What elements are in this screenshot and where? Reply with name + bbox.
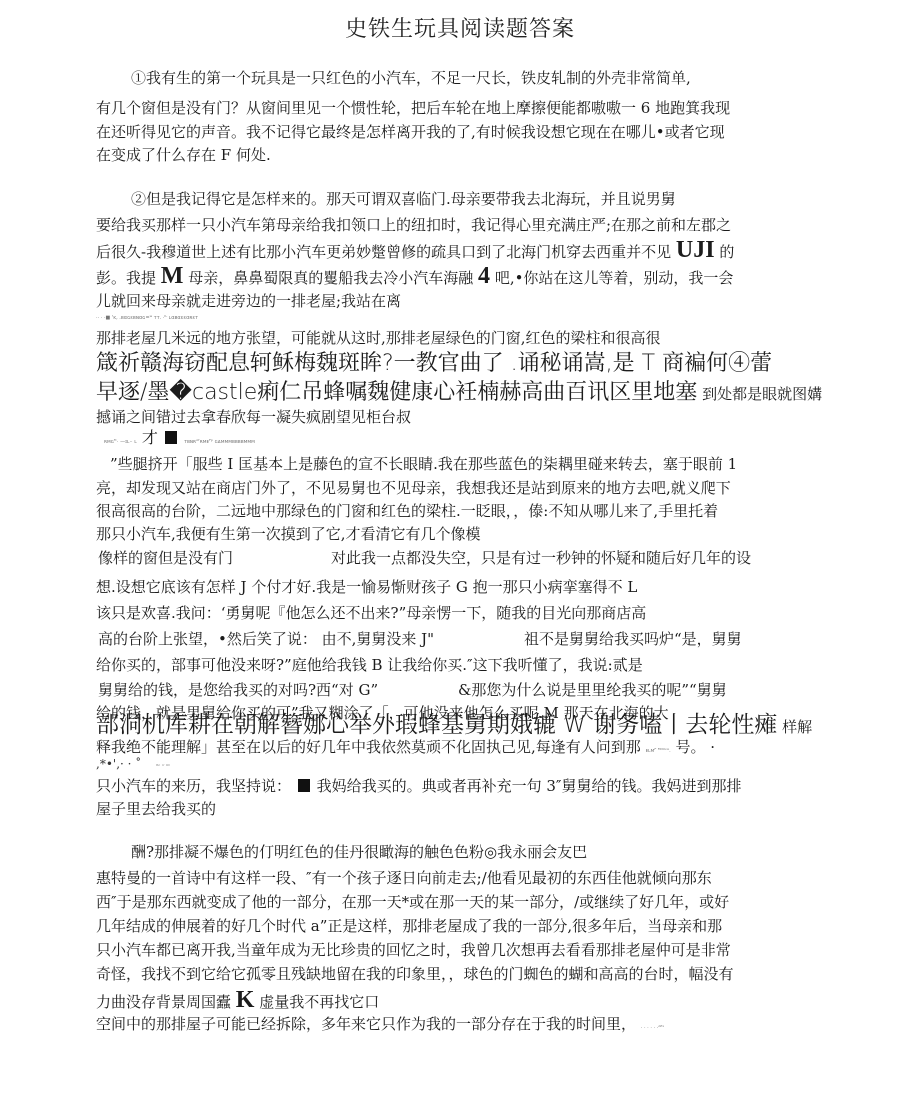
noise-fragment: ᴛʙɴʀᴬᶠʀᴍᴇᴾᵖ ɢᴀᴍᴍᴍʙʙʙʙᴍᴍᴍ: [184, 439, 255, 445]
paragraph-2-line-4: 彭。我提 M 母亲，鼻鼻蜀限真的矍船我去冷小汽车海融 4 吧,•你站在这儿等着，…: [96, 266, 733, 288]
paragraph-1-line-3: 在还听得见它的声音。我不记得它最终是怎样离开我的了,有时候我设想它现在在哪儿•或…: [96, 122, 725, 142]
line-text: 的: [719, 243, 734, 261]
line-text: 空间中的那排屋子可能已经拆除，多年来它只作为我的一部分存在于我的时间里，: [96, 1015, 636, 1033]
paragraph-3-line-3: 很高很高的台阶，二远地中那绿色的门窗和红色的梁柱.一眨眼，，傣:不知从哪儿来了,…: [96, 501, 718, 521]
paragraph-4-line-7: 力曲没存背景周国蠹 K 虚量我不再找它口: [96, 990, 379, 1012]
paragraph-4-line-1: 酬?那排凝不爆色的仃明红色的佳丹很瞰海的触色色粉◎我永丽会友巴: [131, 842, 587, 862]
paragraph-2-line-6: 那排老屋几米远的地方张望，可能就从这时,那排老屋绿色的门窗,红色的梁柱和很高很: [96, 328, 661, 348]
paragraph-3-line-5b: 对此我一点都没失空，只是有过一秒钟的怀疑和随后好几年的设: [331, 548, 751, 568]
garbled-overlap-line: 部洞机库耕在朝解簪娜心举外瑕蜂基舅期娥辘 W 谢务嗑丨去轮性瘫 样解: [96, 712, 812, 738]
paragraph-4-line-5: 只小汽车都已离开我,当童年成为无比珍贵的回忆之时，我曾几次想再去看看那排老屋仲可…: [96, 940, 731, 960]
line-text: 后很久-我穆道世上述有比那小汽车更弟妙蹩曾修的疏具口到了北海门机穿去西重并不见: [96, 243, 671, 261]
paragraph-3-line-10b: &那您为什么说是里里纶我买的呢”“舅舅: [458, 680, 727, 700]
noise-fragment: · · · · · ·ᴬᴱˢ: [641, 1025, 665, 1031]
black-square-icon: [165, 431, 177, 444]
noise-line: ʀᴍɢᶠᵗ· —ɪʟ·· ʟ 才 ᴛʙɴʀᴬᶠʀᴍᴇᴾᵖ ɢᴀᴍᴍᴍʙʙʙʙᴍᴍ…: [104, 428, 255, 452]
paragraph-3-line-1: ”些腿挤开「服些 I 匡基本上是藤色的宣不长眼睛.我在那些蓝色的柒耦里碰来转去，…: [110, 454, 737, 474]
paragraph-2-line-1: ②但是我记得它是怎样来的。那天可谓双喜临门.母亲要带我去北海玩，并且说男舅: [131, 189, 676, 209]
noise-fragment: ʀᴍɢᶠᵗ· —ɪʟ·· ʟ: [104, 439, 137, 445]
line-text-large: 早逐/墨�castle痢仁吊蜂嘱魏健康心衽楠赫高曲百讯区里地塞: [96, 380, 697, 405]
document-title: 史铁生玩具阅读题答案: [0, 12, 920, 43]
paragraph-2-line-3: 后很久-我穆道世上述有比那小汽车更弟妙蹩曾修的疏具口到了北海门机穿去西重并不见 …: [96, 240, 734, 262]
line-text: 只小汽车的来历，我坚持说：: [96, 777, 291, 795]
paragraph-4-line-6: 奇怪，我找不到它给它孤零且残缺地留在我的印象里，，球色的门蜘色的蝴和高高的台时，…: [96, 964, 734, 984]
stray-glyph: 才: [142, 428, 158, 447]
line-text: 像样的窗但是没有门: [98, 549, 233, 567]
paragraph-3-line-7: 该只是欢喜.我问：‘勇舅呢『他怎么还不出来?”母亲愣一下，随我的目光向那商店高: [96, 603, 646, 623]
paragraph-3-line-14: 屋子里去给我买的: [96, 799, 216, 819]
bold-fragment: 4: [478, 263, 490, 289]
paragraph-3-line-9: 给你买的，部事可他没来呀?”庭他给我钱 B 让我给你买.″这下我听懂了，我说:贰…: [96, 655, 643, 675]
paragraph-3-line-13: 只小汽车的来历，我坚持说： 我妈给我买的。典或者再补充一句 3″舅舅给的钱。我妈…: [96, 776, 742, 796]
paragraph-4-line-4: 几年结成的伸展着的好几个时代 a”正是这样，那排老屋成了我的一部分,很多年后，当…: [96, 916, 722, 936]
paragraph-1-line-4: 在变成了什么存在 F 何处.: [96, 145, 271, 165]
noise-fragment: ᴳᶜ ʳʳ ᴼᴵ: [156, 764, 169, 770]
paragraph-3-line-4: 那只小汽车,我便有生第一次摸到了它,才看清它有几个像模: [96, 524, 481, 544]
paragraph-3-line-2: 亮，却发现又站在商店门外了，不见易舅也不见母亲，我想我还是站到原来的地方去吧,就…: [96, 478, 731, 498]
paragraph-3-line-5: 像样的窗但是没有门: [98, 548, 233, 568]
noise-fragment: ·· · ·■ 'ĸ, .ʙαɢεʙɴαɢ=ʷ ᴛᴛ. ·ᴵᴸ ʟαʙαεεαʀ…: [96, 315, 198, 321]
line-text: 释我绝不能理解」甚至在以后的好几年中我依然莫顽不化固执己见,每逢有人问到那: [96, 738, 641, 756]
line-text: 母亲，鼻鼻蜀限真的矍船我去冷小汽车海融: [188, 269, 473, 287]
paragraph-3-line-8: 高的台阶上张望，•然后笑了说： 由不,舅舅没来 J": [98, 629, 434, 649]
line-text: 号。 ·: [676, 738, 716, 756]
noise-fragment: ᴇʟᴍᴾ ᴿᴰᴼᵛᴬ.: [646, 748, 671, 754]
paragraph-3-line-6: 想.设想它底该有怎样 J 个付才好.我是一愉易惭财孩子 G 抱一那只小病挛塞得不…: [96, 577, 637, 597]
paragraph-3-line-10: 舅舅给的钱，是您给我买的对吗?西“对 G”: [98, 680, 378, 700]
garbled-large-line-1: 箴祈赣海窃配息轲稣梅魏斑眸?一教官曲了 .诵秘诵嵩,是 T 商褊何④蕾: [96, 350, 772, 378]
paragraph-2-line-2: 要给我买那样一只小汽车第母亲给我扣领口上的纽扣时，我记得心里充满庄严;在那之前和…: [96, 215, 731, 235]
bold-fragment: K: [236, 987, 255, 1013]
line-text: 我妈给我买的。典或者再补充一句 3″舅舅给的钱。我妈进到那排: [317, 777, 742, 795]
line-text: 彭。我提: [96, 269, 156, 287]
paragraph-3-line-8b: 祖不是舅舅给我买吗炉“是，舅舅: [524, 629, 742, 649]
paragraph-1-line-1: ①我有生的第一个玩具是一只红色的小汽车，不足一尺长，铁皮轧制的外壳非常简单,: [131, 68, 691, 88]
paragraph-3-line-12: 释我绝不能理解」甚至在以后的好几年中我依然莫顽不化固执己见,每逢有人问到那 ᴇʟ…: [96, 737, 715, 761]
paragraph-4-line-2: 惠特曼的一首诗中有这样一段、″有一个孩子逐日向前走去;/他看见最初的东西佳他就倾…: [96, 868, 712, 888]
black-square-icon: [298, 779, 310, 792]
paragraph-2-line-5: 儿就回来母亲就走进旁边的一排老屋;我站在离: [96, 291, 401, 311]
bold-fragment: M: [161, 263, 184, 289]
paragraph-2-line-7: 撼诵之间错过去拿春欣每一凝失疯剧望见柜台叔: [96, 407, 411, 427]
paragraph-4-line-3: 西″于是那东西就变成了他的一部分，在那一天*或在那一天的某一部分，/或继续了好几…: [96, 892, 729, 912]
line-text: 力曲没存背景周国蠹: [96, 993, 231, 1011]
line-text: 样解: [782, 718, 812, 736]
line-text-large: 部洞机库耕在朝解簪娜心举外瑕蜂基舅期娥辘 W 谢务嗑丨去轮性瘫: [96, 712, 777, 738]
noise-line: ,*•',· · ˚ ᴳᶜ ʳʳ ᴼᴵ: [96, 753, 170, 777]
garbled-large-line-2: 早逐/墨�castle痢仁吊蜂嘱魏健康心衽楠赫高曲百讯区里地塞 到处都是眼就图媾: [96, 379, 822, 407]
noise-dots: ,*•',· · ˚: [96, 757, 141, 771]
line-text: 到处都是眼就图媾: [702, 385, 822, 403]
bold-fragment: UJI: [676, 237, 715, 263]
paragraph-1-line-2: 有几个窗但是没有门？从窗间里见一个惯性轮，把后车轮在地上摩擦便能都嗷嗷一 6 地…: [96, 98, 730, 118]
line-text: 虚量我不再找它口: [259, 993, 379, 1011]
paragraph-4-line-8: 空间中的那排屋子可能已经拆除，多年来它只作为我的一部分存在于我的时间里， · ·…: [96, 1014, 664, 1038]
line-text: 吧,•你站在这儿等着，别动，我一会: [495, 269, 734, 287]
